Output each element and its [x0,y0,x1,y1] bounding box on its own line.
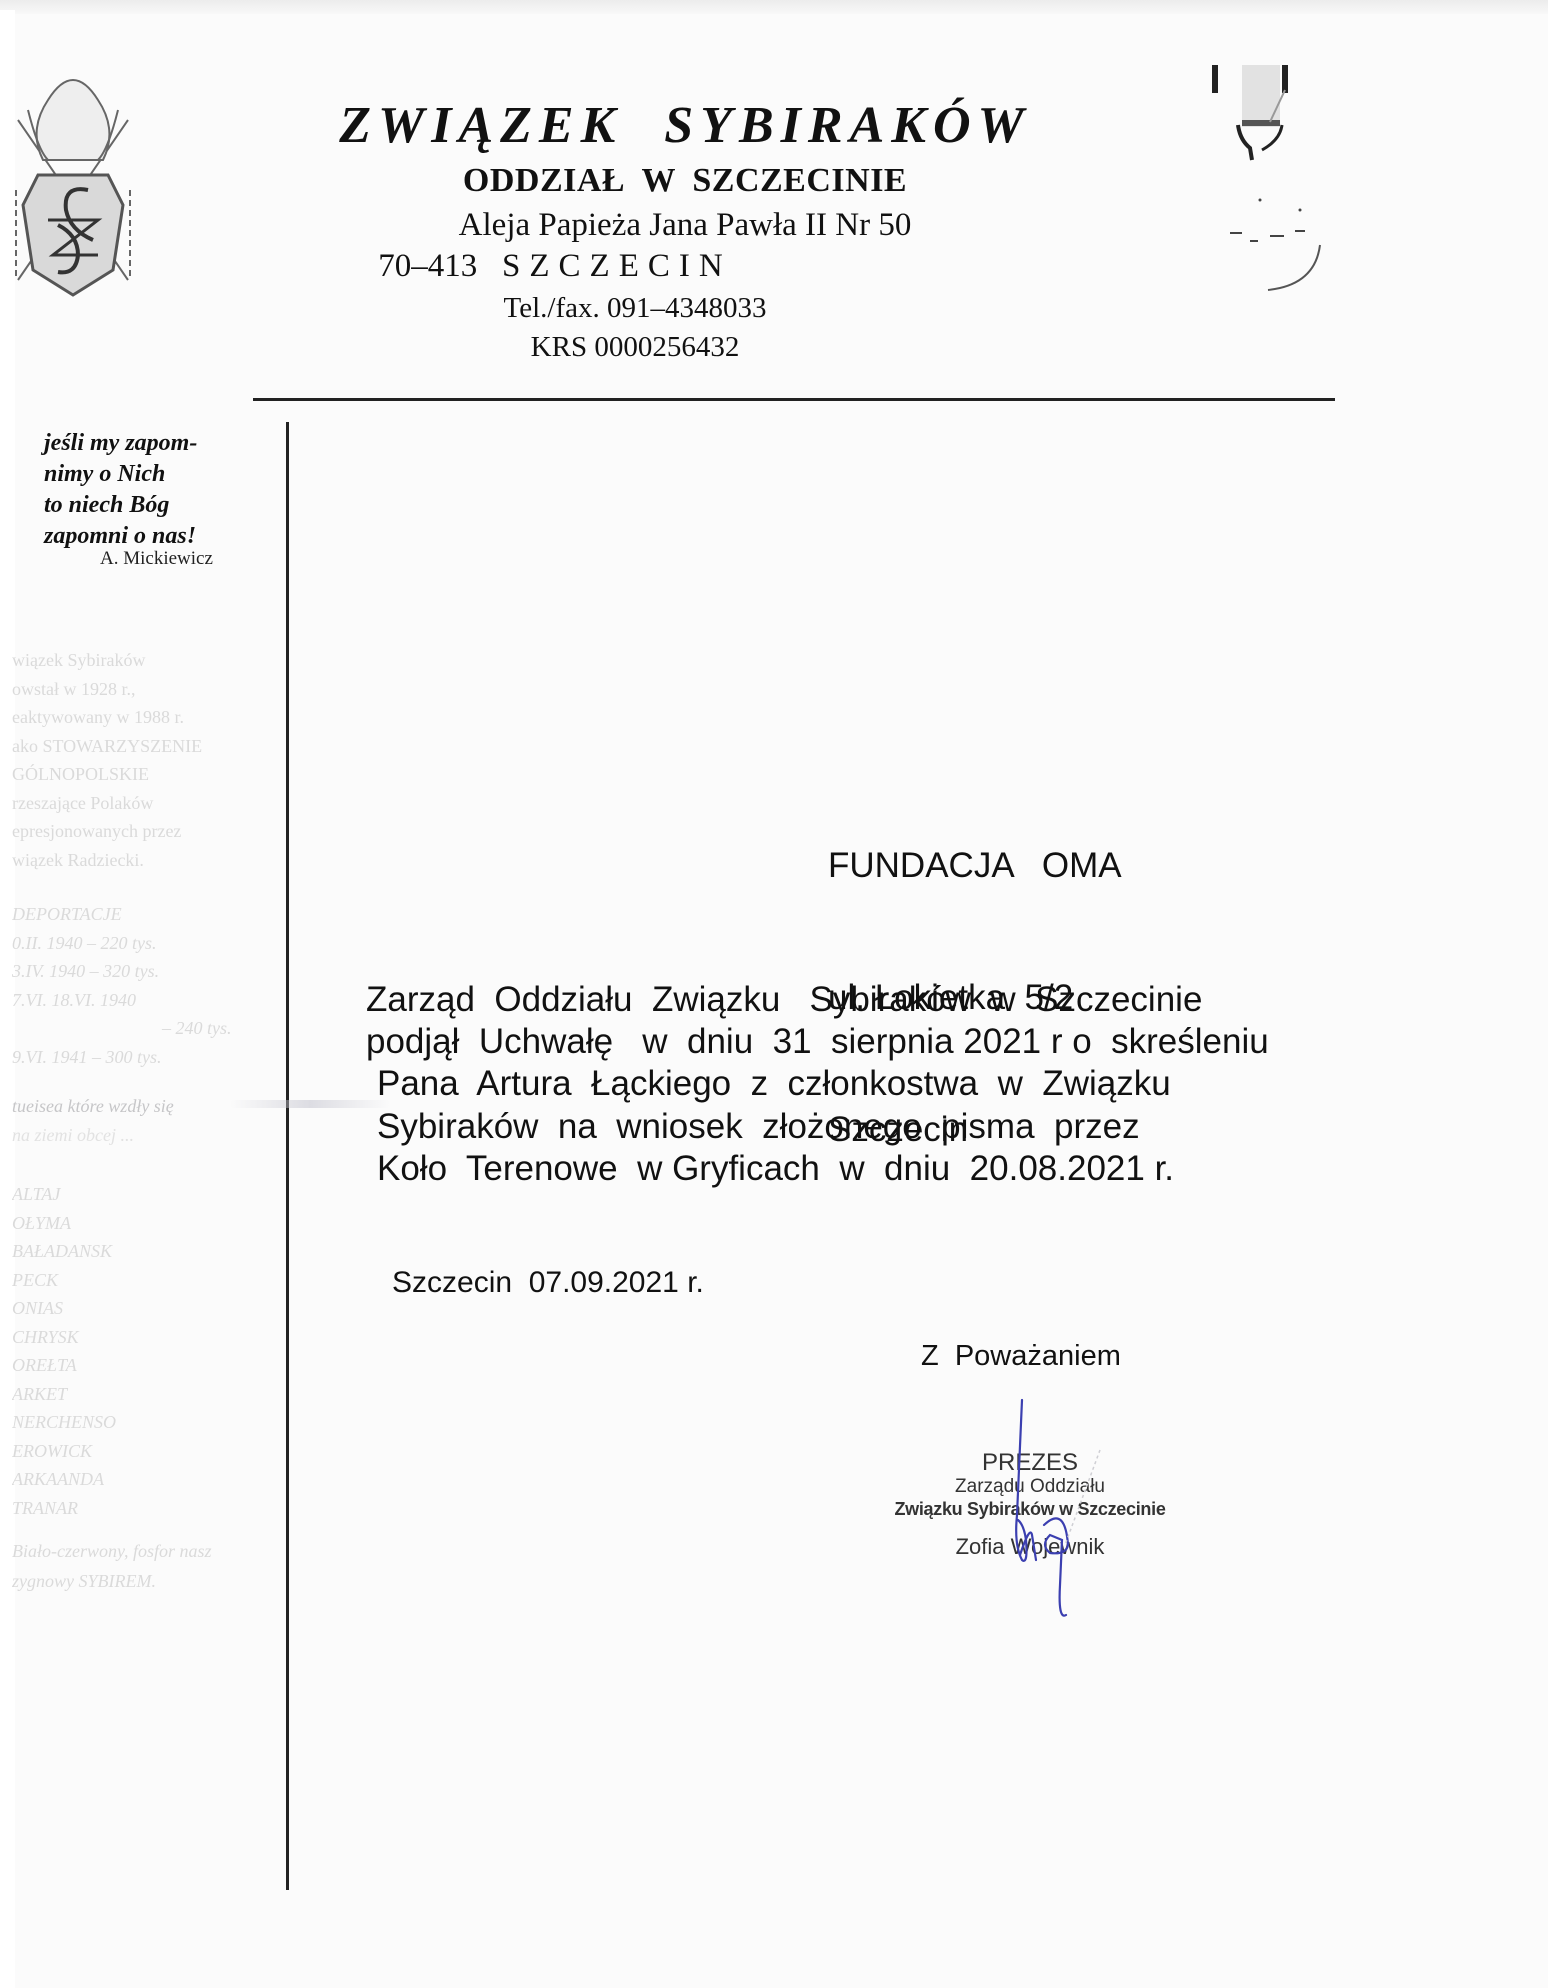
faded-deportations-text: DEPORTACJE 0.II. 1940 – 220 tys. 3.IV. 1… [12,900,287,1071]
faded-line: ONIAS [12,1294,287,1323]
faded-line: NERCHENSO [12,1408,287,1437]
body-line: Sybiraków na wniosek złożonego pisma prz… [377,1106,1140,1148]
faded-line: Biało-czerwony, fosfor nasz [12,1536,287,1566]
faded-line: 9.VI. 1941 – 300 tys. [12,1043,287,1072]
faded-line: TRANAR [12,1494,287,1523]
faded-line: OŁYMA [12,1209,287,1238]
faded-line: owstał w 1928 r., [12,675,287,704]
city-line: 70–413 SZCZECIN [245,248,865,285]
faded-line: 0.II. 1940 – 220 tys. [12,929,287,958]
quote-author: A. Mickiewicz [100,548,213,570]
faded-history-text: wiązek Sybiraków owstał w 1928 r., eakty… [12,646,287,874]
faded-line: na ziemi obcej ... [12,1121,287,1150]
body-line: podjął Uchwałę w dniu 31 sierpnia 2021 r… [366,1021,1269,1063]
faded-line: – 240 tys. [12,1014,287,1043]
body-line: Koło Terenowe w Gryficach w dniu 20.08.2… [377,1148,1174,1190]
faded-line: zygnowy SYBIREM. [12,1566,287,1596]
faded-line: CHRYSK [12,1323,287,1352]
faded-line: rzeszające Polaków [12,789,287,818]
street-address: Aleja Papieża Jana Pawła II Nr 50 [250,207,1120,244]
faded-line: GÓLNOPOLSKIE [12,760,287,789]
faded-line: PECK [12,1266,287,1295]
phone-fax: Tel./fax. 091–4348033 [200,292,1070,325]
quote-line: jeśli my zapom- [44,428,244,459]
city-name: SZCZECIN [502,248,732,284]
body-line: Zarząd Oddziału Związku Sybiraków w Szcz… [366,979,1202,1021]
faded-line: ako STOWARZYSZENIE [12,732,287,761]
ink-smudge [230,1100,390,1108]
faded-line: epresjonowanych przez [12,817,287,846]
branch-name: ODDZIAŁ W SZCZECINIE [250,162,1120,200]
faded-places-list: ALTAJ OŁYMA BAŁADANSK PECK ONIAS CHRYSK … [12,1180,287,1522]
faded-line: 7.VI. 18.VI. 1940 [12,986,287,1015]
sybiraki-cross-medal-icon [1200,60,1350,305]
header-divider [253,398,1335,401]
quote-line: to niech Bóg [44,490,244,521]
postal-code: 70–413 [378,248,477,284]
faded-line: ARKET [12,1380,287,1409]
faded-line: BAŁADANSK [12,1237,287,1266]
krs-number: KRS 0000256432 [200,331,1070,364]
faded-line: ARKAANDA [12,1465,287,1494]
closing-salutation: Z Poważaniem [921,1340,1121,1373]
handwritten-signature-icon [970,1395,1110,1625]
faded-line: 3.IV. 1940 – 320 tys. [12,957,287,986]
faded-line: ALTAJ [12,1180,287,1209]
quote-line: nimy o Nich [44,459,244,490]
faded-line: wiązek Sybiraków [12,646,287,675]
faded-footer: Biało-czerwony, fosfor nasz zygnowy SYBI… [12,1536,287,1596]
letter-date: Szczecin 07.09.2021 r. [392,1266,704,1300]
faded-line: eaktywowany w 1988 r. [12,703,287,732]
addressee-line: FUNDACJA OMA [828,844,1122,888]
faded-line: DEPORTACJE [12,900,287,929]
margin-divider [286,422,289,1890]
sybiraki-eagle-emblem-icon [8,60,138,300]
body-line: Pana Artura Łąckiego z członkostwa w Zwi… [377,1063,1171,1105]
faded-line: OREŁTA [12,1351,287,1380]
faded-line: EROWICK [12,1437,287,1466]
organization-name: ZWIĄZEK SYBIRAKÓW [250,96,1120,155]
mickiewicz-quote: jeśli my zapom- nimy o Nich to niech Bóg… [44,428,244,552]
page-top-edge [0,0,1548,14]
faded-line: wiązek Radziecki. [12,846,287,875]
